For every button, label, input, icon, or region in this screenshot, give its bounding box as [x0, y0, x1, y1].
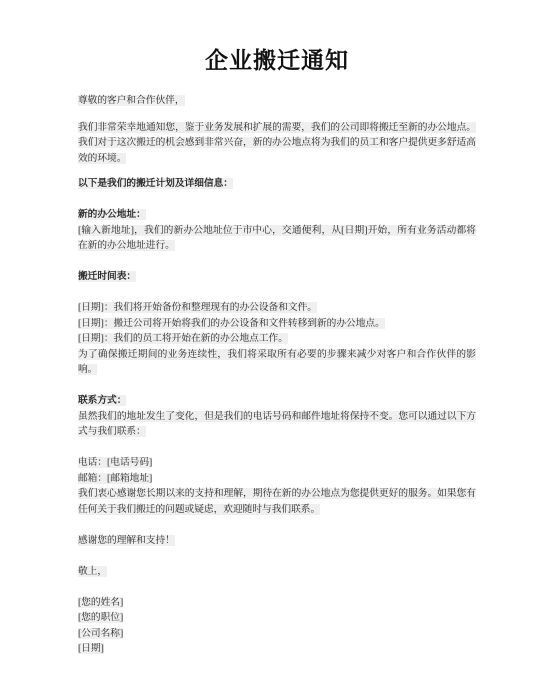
- phone-line: 电话：[电话号码]: [78, 455, 476, 471]
- intro-paragraph: 我们非常荣幸地通知您，鉴于业务发展和扩展的需要，我们的公司即将搬迁至新的办公地点…: [78, 120, 476, 167]
- document-title: 企业搬迁通知: [78, 46, 476, 76]
- contact-heading-text: 联系方式：: [78, 395, 126, 406]
- timeline-item-text: [日期]：我们将开始备份和整理现有的办公设备和文件。: [78, 302, 317, 313]
- signature-title-text: [您的职位]: [78, 612, 123, 623]
- timeline-heading-text: 搬迁时间表：: [78, 271, 136, 282]
- signature-company-text: [公司名称]: [78, 628, 123, 639]
- document-page: 企业搬迁通知 尊敬的客户和合作伙伴， 我们非常荣幸地通知您，鉴于业务发展和扩展的…: [0, 0, 553, 685]
- salutation-text: 尊敬的客户和合作伙伴，: [78, 95, 185, 106]
- timeline-item: [日期]：我们将开始备份和整理现有的办公设备和文件。: [78, 300, 476, 316]
- signature-company: [公司名称]: [78, 626, 476, 642]
- email-line-text: 邮箱：[邮箱地址]: [78, 473, 152, 484]
- thanks-text: 我们衷心感谢您长期以来的支持和理解，期待在新的办公地点为您提供更好的服务。如果您…: [78, 488, 476, 515]
- contact-heading: 联系方式：: [78, 393, 476, 409]
- address-heading-text: 新的办公地址：: [78, 209, 146, 220]
- closing-text: 感谢您的理解和支持！: [78, 535, 175, 546]
- document-content: 企业搬迁通知 尊敬的客户和合作伙伴， 我们非常荣幸地通知您，鉴于业务发展和扩展的…: [0, 0, 553, 657]
- signature-title: [您的职位]: [78, 610, 476, 626]
- address-text: [输入新地址]，我们的新办公地址位于市中心，交通便利，从[日期]开始，所有业务活…: [78, 225, 476, 252]
- timeline-heading: 搬迁时间表：: [78, 269, 476, 285]
- email-line: 邮箱：[邮箱地址]: [78, 471, 476, 487]
- address-paragraph: [输入新地址]，我们的新办公地址位于市中心，交通便利，从[日期]开始，所有业务活…: [78, 223, 476, 254]
- timeline-note: 为了确保搬迁期间的业务连续性，我们将采取所有必要的步骤来减少对客户和合作伙伴的影…: [78, 347, 476, 378]
- intro-text: 我们非常荣幸地通知您，鉴于业务发展和扩展的需要，我们的公司即将搬迁至新的办公地点…: [78, 122, 476, 164]
- regards-text: 敬上，: [78, 566, 107, 577]
- timeline-item-text: [日期]：搬迁公司将开始将我们的办公设备和文件转移到新的办公地点。: [78, 318, 385, 329]
- contact-text: 虽然我们的地址发生了变化，但是我们的电话号码和邮件地址将保持不变。您可以通过以下…: [78, 411, 476, 438]
- timeline-item: [日期]：搬迁公司将开始将我们的办公设备和文件转移到新的办公地点。: [78, 316, 476, 332]
- phone-line-text: 电话：[电话号码]: [78, 457, 152, 468]
- contact-paragraph: 虽然我们的地址发生了变化，但是我们的电话号码和邮件地址将保持不变。您可以通过以下…: [78, 409, 476, 440]
- plan-heading: 以下是我们的搬迁计划及详细信息：: [78, 176, 476, 192]
- closing-line: 感谢您的理解和支持！: [78, 533, 476, 549]
- regards-line: 敬上，: [78, 564, 476, 580]
- thanks-paragraph: 我们衷心感谢您长期以来的支持和理解，期待在新的办公地点为您提供更好的服务。如果您…: [78, 486, 476, 517]
- plan-heading-text: 以下是我们的搬迁计划及详细信息：: [78, 178, 233, 189]
- signature-name: [您的姓名]: [78, 595, 476, 611]
- address-heading: 新的办公地址：: [78, 207, 476, 223]
- signature-date: [日期]: [78, 641, 476, 657]
- salutation-line: 尊敬的客户和合作伙伴，: [78, 93, 476, 109]
- timeline-item: [日期]：我们的员工将开始在新的办公地点工作。: [78, 331, 476, 347]
- timeline-note-text: 为了确保搬迁期间的业务连续性，我们将采取所有必要的步骤来减少对客户和合作伙伴的影…: [78, 349, 476, 376]
- signature-name-text: [您的姓名]: [78, 597, 123, 608]
- signature-date-text: [日期]: [78, 643, 104, 654]
- timeline-item-text: [日期]：我们的员工将开始在新的办公地点工作。: [78, 333, 288, 344]
